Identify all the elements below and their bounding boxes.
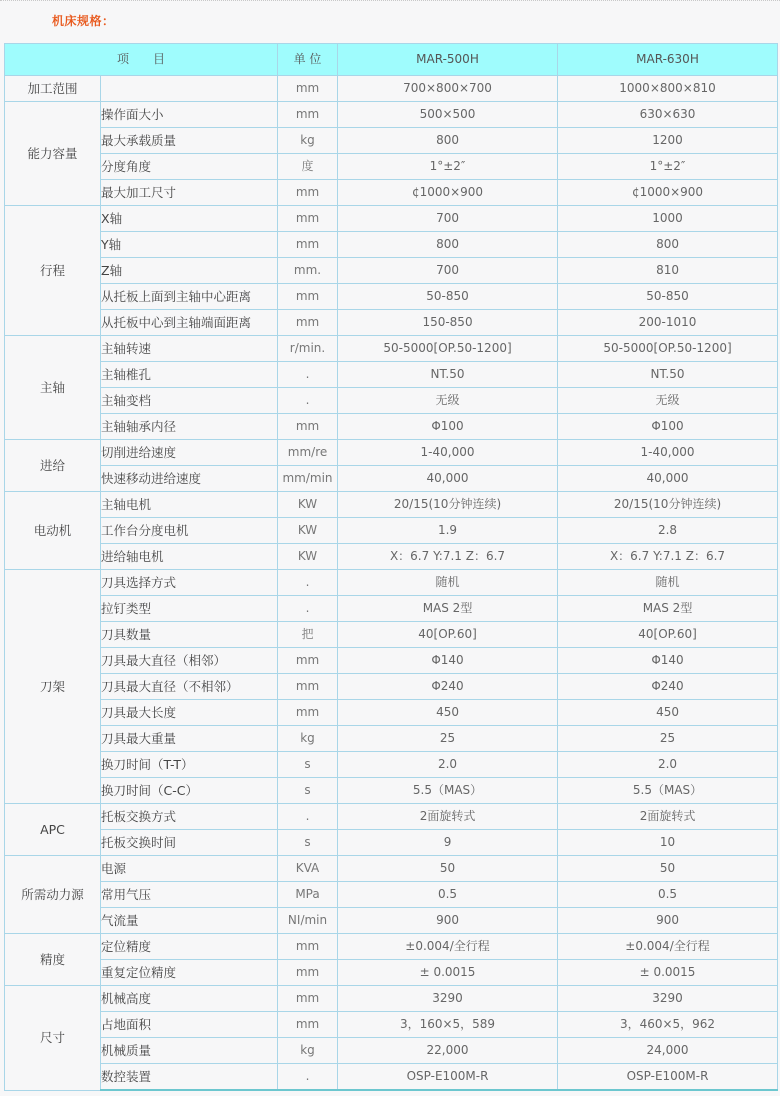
unit-cell: mm xyxy=(278,960,338,986)
item-cell: 托板交换时间 xyxy=(101,830,278,856)
unit-cell: s xyxy=(278,778,338,804)
item-cell: 从托板中心到主轴端面距离 xyxy=(101,310,278,336)
item-cell: 主轴电机 xyxy=(101,492,278,518)
item-cell: 换刀时间（C-C） xyxy=(101,778,278,804)
unit-cell: mm xyxy=(278,1012,338,1038)
unit-cell: KVA xyxy=(278,856,338,882)
item-cell: 最大加工尺寸 xyxy=(101,180,278,206)
value-cell-model-1: ¢1000×900 xyxy=(338,180,558,206)
table-row: 最大加工尺寸mm¢1000×900¢1000×900 xyxy=(5,180,778,206)
value-cell-model-2: 630×630 xyxy=(558,102,778,128)
value-cell-model-2: 0.5 xyxy=(558,882,778,908)
table-row: 能力容量操作面大小mm500×500630×630 xyxy=(5,102,778,128)
item-cell: 托板交换方式 xyxy=(101,804,278,830)
table-row: 托板交换时间s910 xyxy=(5,830,778,856)
item-cell: 机械质量 xyxy=(101,1038,278,1064)
value-cell-model-1: 800 xyxy=(338,232,558,258)
unit-cell: mm xyxy=(278,934,338,960)
item-cell: 占地面积 xyxy=(101,1012,278,1038)
value-cell-model-2: 1000 xyxy=(558,206,778,232)
header-model-1: MAR-500H xyxy=(338,44,558,76)
value-cell-model-2: 900 xyxy=(558,908,778,934)
value-cell-model-2: 2.0 xyxy=(558,752,778,778)
item-cell: 切削进给速度 xyxy=(101,440,278,466)
table-row: 行程X轴mm7001000 xyxy=(5,206,778,232)
value-cell-model-1: 50-850 xyxy=(338,284,558,310)
value-cell-model-1: 无级 xyxy=(338,388,558,414)
value-cell-model-1: 3290 xyxy=(338,986,558,1012)
table-row: Z轴mm.700810 xyxy=(5,258,778,284)
value-cell-model-1: Φ240 xyxy=(338,674,558,700)
value-cell-model-1: 40,000 xyxy=(338,466,558,492)
unit-cell: 把 xyxy=(278,622,338,648)
spec-table-body: 加工范围mm700×800×7001000×800×810能力容量操作面大小mm… xyxy=(5,76,778,1091)
value-cell-model-1: Φ140 xyxy=(338,648,558,674)
category-cell: 所需动力源 xyxy=(5,856,101,934)
item-cell: 主轴变档 xyxy=(101,388,278,414)
category-cell: 加工范围 xyxy=(5,76,101,102)
value-cell-model-1: 50 xyxy=(338,856,558,882)
item-cell: 重复定位精度 xyxy=(101,960,278,986)
unit-cell: . xyxy=(278,596,338,622)
spec-page: 机床规格： 项 目 单 位 MAR-500H MAR-630H 加工范围mm70… xyxy=(0,0,780,1096)
unit-cell: . xyxy=(278,388,338,414)
value-cell-model-2: 1-40,000 xyxy=(558,440,778,466)
unit-cell: 度 xyxy=(278,154,338,180)
unit-cell: . xyxy=(278,804,338,830)
table-row: 换刀时间（T-T）s2.02.0 xyxy=(5,752,778,778)
unit-cell: mm xyxy=(278,102,338,128)
value-cell-model-2: 1°±2″ xyxy=(558,154,778,180)
value-cell-model-2: Φ240 xyxy=(558,674,778,700)
table-row: 刀具最大直径（相邻）mmΦ140Φ140 xyxy=(5,648,778,674)
table-row: 刀具数量把40[OP.60]40[OP.60] xyxy=(5,622,778,648)
value-cell-model-1: 1°±2″ xyxy=(338,154,558,180)
value-cell-model-1: 22,000 xyxy=(338,1038,558,1064)
value-cell-model-1: X：6.7 Y:7.1 Z：6.7 xyxy=(338,544,558,570)
table-row: 主轴变档.无级无级 xyxy=(5,388,778,414)
item-cell: 工作台分度电机 xyxy=(101,518,278,544)
value-cell-model-2: 3290 xyxy=(558,986,778,1012)
unit-cell: mm xyxy=(278,986,338,1012)
unit-cell: KW xyxy=(278,518,338,544)
unit-cell: mm xyxy=(278,180,338,206)
item-cell: 刀具数量 xyxy=(101,622,278,648)
item-cell: 操作面大小 xyxy=(101,102,278,128)
unit-cell: kg xyxy=(278,1038,338,1064)
category-cell: 主轴 xyxy=(5,336,101,440)
value-cell-model-1: 150-850 xyxy=(338,310,558,336)
unit-cell: mm xyxy=(278,700,338,726)
value-cell-model-2: 810 xyxy=(558,258,778,284)
value-cell-model-1: OSP-E100M-R xyxy=(338,1064,558,1091)
table-row: 常用气压MPa0.50.5 xyxy=(5,882,778,908)
table-row: 换刀时间（C-C）s5.5（MAS）5.5（MAS） xyxy=(5,778,778,804)
value-cell-model-1: 25 xyxy=(338,726,558,752)
item-cell: 快速移动进给速度 xyxy=(101,466,278,492)
item-cell: 定位精度 xyxy=(101,934,278,960)
category-cell: 能力容量 xyxy=(5,102,101,206)
value-cell-model-2: 50-5000[OP.50-1200] xyxy=(558,336,778,362)
unit-cell: mm xyxy=(278,232,338,258)
table-row: 气流量NI/min900900 xyxy=(5,908,778,934)
value-cell-model-2: OSP-E100M-R xyxy=(558,1064,778,1091)
unit-cell: mm/re xyxy=(278,440,338,466)
header-unit: 单 位 xyxy=(278,44,338,76)
unit-cell: kg xyxy=(278,726,338,752)
category-cell: 电动机 xyxy=(5,492,101,570)
item-cell: 机械高度 xyxy=(101,986,278,1012)
category-cell: 尺寸 xyxy=(5,986,101,1091)
table-row: 刀具最大重量kg2525 xyxy=(5,726,778,752)
item-cell: 刀具最大重量 xyxy=(101,726,278,752)
value-cell-model-2: ±0.004/全行程 xyxy=(558,934,778,960)
item-cell: 分度角度 xyxy=(101,154,278,180)
unit-cell: mm/min xyxy=(278,466,338,492)
value-cell-model-2: 200-1010 xyxy=(558,310,778,336)
unit-cell: . xyxy=(278,1064,338,1091)
table-row: 机械质量kg22,00024,000 xyxy=(5,1038,778,1064)
value-cell-model-1: 700 xyxy=(338,258,558,284)
value-cell-model-1: 9 xyxy=(338,830,558,856)
item-cell: 主轴椎孔 xyxy=(101,362,278,388)
table-row: 电动机主轴电机KW20/15(10分钟连续)20/15(10分钟连续) xyxy=(5,492,778,518)
item-cell: 数控装置 xyxy=(101,1064,278,1091)
item-cell: 刀具最大长度 xyxy=(101,700,278,726)
item-cell: 最大承载质量 xyxy=(101,128,278,154)
value-cell-model-2: Φ140 xyxy=(558,648,778,674)
table-row: 从托板中心到主轴端面距离mm150-850200-1010 xyxy=(5,310,778,336)
value-cell-model-2: 40,000 xyxy=(558,466,778,492)
value-cell-model-1: 40[OP.60] xyxy=(338,622,558,648)
table-row: 进给轴电机KWX：6.7 Y:7.1 Z：6.7X：6.7 Y:7.1 Z：6.… xyxy=(5,544,778,570)
item-cell: 刀具最大直径（不相邻） xyxy=(101,674,278,700)
value-cell-model-2: 10 xyxy=(558,830,778,856)
unit-cell: kg xyxy=(278,128,338,154)
category-cell: 行程 xyxy=(5,206,101,336)
unit-cell: NI/min xyxy=(278,908,338,934)
table-row: 刀具最大长度mm450450 xyxy=(5,700,778,726)
value-cell-model-1: 700×800×700 xyxy=(338,76,558,102)
table-row: 最大承载质量kg8001200 xyxy=(5,128,778,154)
item-cell: Z轴 xyxy=(101,258,278,284)
value-cell-model-2: 450 xyxy=(558,700,778,726)
unit-cell: mm xyxy=(278,206,338,232)
item-cell xyxy=(101,76,278,102)
table-row: APC托板交换方式.2面旋转式2面旋转式 xyxy=(5,804,778,830)
item-cell: 换刀时间（T-T） xyxy=(101,752,278,778)
table-header-row: 项 目 单 位 MAR-500H MAR-630H xyxy=(5,44,778,76)
value-cell-model-2: 1000×800×810 xyxy=(558,76,778,102)
value-cell-model-2: 无级 xyxy=(558,388,778,414)
value-cell-model-2: Φ100 xyxy=(558,414,778,440)
item-cell: Y轴 xyxy=(101,232,278,258)
item-cell: 常用气压 xyxy=(101,882,278,908)
unit-cell: mm xyxy=(278,76,338,102)
unit-cell: KW xyxy=(278,544,338,570)
value-cell-model-1: 450 xyxy=(338,700,558,726)
table-row: 拉钉类型.MAS 2型MAS 2型 xyxy=(5,596,778,622)
category-cell: 进给 xyxy=(5,440,101,492)
value-cell-model-1: NT.50 xyxy=(338,362,558,388)
value-cell-model-1: 1-40,000 xyxy=(338,440,558,466)
header-model-2: MAR-630H xyxy=(558,44,778,76)
table-row: 重复定位精度mm± 0.0015± 0.0015 xyxy=(5,960,778,986)
table-row: 尺寸机械高度mm32903290 xyxy=(5,986,778,1012)
value-cell-model-2: 50 xyxy=(558,856,778,882)
header-item: 项 目 xyxy=(5,44,278,76)
item-cell: 进给轴电机 xyxy=(101,544,278,570)
value-cell-model-1: 800 xyxy=(338,128,558,154)
item-cell: 从托板上面到主轴中心距离 xyxy=(101,284,278,310)
item-cell: 刀具最大直径（相邻） xyxy=(101,648,278,674)
value-cell-model-2: 随机 xyxy=(558,570,778,596)
unit-cell: mm xyxy=(278,310,338,336)
value-cell-model-2: ± 0.0015 xyxy=(558,960,778,986)
table-row: 进给切削进给速度mm/re1-40,0001-40,000 xyxy=(5,440,778,466)
table-row: 占地面积mm3，160×5，5893，460×5，962 xyxy=(5,1012,778,1038)
item-cell: X轴 xyxy=(101,206,278,232)
value-cell-model-2: NT.50 xyxy=(558,362,778,388)
value-cell-model-1: 900 xyxy=(338,908,558,934)
table-row: 主轴轴承内径mmΦ100Φ100 xyxy=(5,414,778,440)
value-cell-model-1: 2面旋转式 xyxy=(338,804,558,830)
value-cell-model-1: 500×500 xyxy=(338,102,558,128)
value-cell-model-2: 3，460×5，962 xyxy=(558,1012,778,1038)
value-cell-model-2: 50-850 xyxy=(558,284,778,310)
table-row: 刀具最大直径（不相邻）mmΦ240Φ240 xyxy=(5,674,778,700)
item-cell: 气流量 xyxy=(101,908,278,934)
unit-cell: KW xyxy=(278,492,338,518)
table-row: 加工范围mm700×800×7001000×800×810 xyxy=(5,76,778,102)
table-row: 数控装置.OSP-E100M-ROSP-E100M-R xyxy=(5,1064,778,1091)
value-cell-model-2: 40[OP.60] xyxy=(558,622,778,648)
table-row: 工作台分度电机KW1.92.8 xyxy=(5,518,778,544)
value-cell-model-2: X：6.7 Y:7.1 Z：6.7 xyxy=(558,544,778,570)
table-row: 所需动力源电源KVA5050 xyxy=(5,856,778,882)
value-cell-model-2: 5.5（MAS） xyxy=(558,778,778,804)
value-cell-model-1: 1.9 xyxy=(338,518,558,544)
unit-cell: s xyxy=(278,752,338,778)
value-cell-model-2: 800 xyxy=(558,232,778,258)
unit-cell: . xyxy=(278,362,338,388)
value-cell-model-1: ±0.004/全行程 xyxy=(338,934,558,960)
value-cell-model-1: 随机 xyxy=(338,570,558,596)
value-cell-model-2: 20/15(10分钟连续) xyxy=(558,492,778,518)
table-row: 精度定位精度mm±0.004/全行程±0.004/全行程 xyxy=(5,934,778,960)
item-cell: 主轴转速 xyxy=(101,336,278,362)
unit-cell: . xyxy=(278,570,338,596)
table-row: 快速移动进给速度mm/min40,00040,000 xyxy=(5,466,778,492)
value-cell-model-1: 3，160×5，589 xyxy=(338,1012,558,1038)
unit-cell: r/min. xyxy=(278,336,338,362)
category-cell: 精度 xyxy=(5,934,101,986)
table-row: 分度角度度1°±2″1°±2″ xyxy=(5,154,778,180)
value-cell-model-1: 20/15(10分钟连续) xyxy=(338,492,558,518)
value-cell-model-2: 25 xyxy=(558,726,778,752)
unit-cell: MPa xyxy=(278,882,338,908)
value-cell-model-1: 0.5 xyxy=(338,882,558,908)
spec-table: 项 目 单 位 MAR-500H MAR-630H 加工范围mm700×800×… xyxy=(4,43,778,1091)
item-cell: 主轴轴承内径 xyxy=(101,414,278,440)
value-cell-model-2: 2.8 xyxy=(558,518,778,544)
unit-cell: s xyxy=(278,830,338,856)
unit-cell: mm xyxy=(278,648,338,674)
table-row: 从托板上面到主轴中心距离mm50-85050-850 xyxy=(5,284,778,310)
value-cell-model-2: MAS 2型 xyxy=(558,596,778,622)
value-cell-model-2: ¢1000×900 xyxy=(558,180,778,206)
value-cell-model-1: 2.0 xyxy=(338,752,558,778)
item-cell: 刀具选择方式 xyxy=(101,570,278,596)
category-cell: 刀架 xyxy=(5,570,101,804)
item-cell: 电源 xyxy=(101,856,278,882)
value-cell-model-1: Φ100 xyxy=(338,414,558,440)
value-cell-model-2: 2面旋转式 xyxy=(558,804,778,830)
item-cell: 拉钉类型 xyxy=(101,596,278,622)
table-row: 主轴椎孔.NT.50NT.50 xyxy=(5,362,778,388)
category-cell: APC xyxy=(5,804,101,856)
unit-cell: mm xyxy=(278,674,338,700)
value-cell-model-1: 5.5（MAS） xyxy=(338,778,558,804)
value-cell-model-1: 50-5000[OP.50-1200] xyxy=(338,336,558,362)
unit-cell: mm xyxy=(278,414,338,440)
value-cell-model-1: MAS 2型 xyxy=(338,596,558,622)
value-cell-model-1: 700 xyxy=(338,206,558,232)
value-cell-model-2: 1200 xyxy=(558,128,778,154)
unit-cell: mm. xyxy=(278,258,338,284)
table-row: Y轴mm800800 xyxy=(5,232,778,258)
table-row: 刀架刀具选择方式.随机随机 xyxy=(5,570,778,596)
value-cell-model-1: ± 0.0015 xyxy=(338,960,558,986)
value-cell-model-2: 24,000 xyxy=(558,1038,778,1064)
section-title: 机床规格： xyxy=(52,12,115,29)
table-row: 主轴主轴转速r/min.50-5000[OP.50-1200]50-5000[O… xyxy=(5,336,778,362)
unit-cell: mm xyxy=(278,284,338,310)
